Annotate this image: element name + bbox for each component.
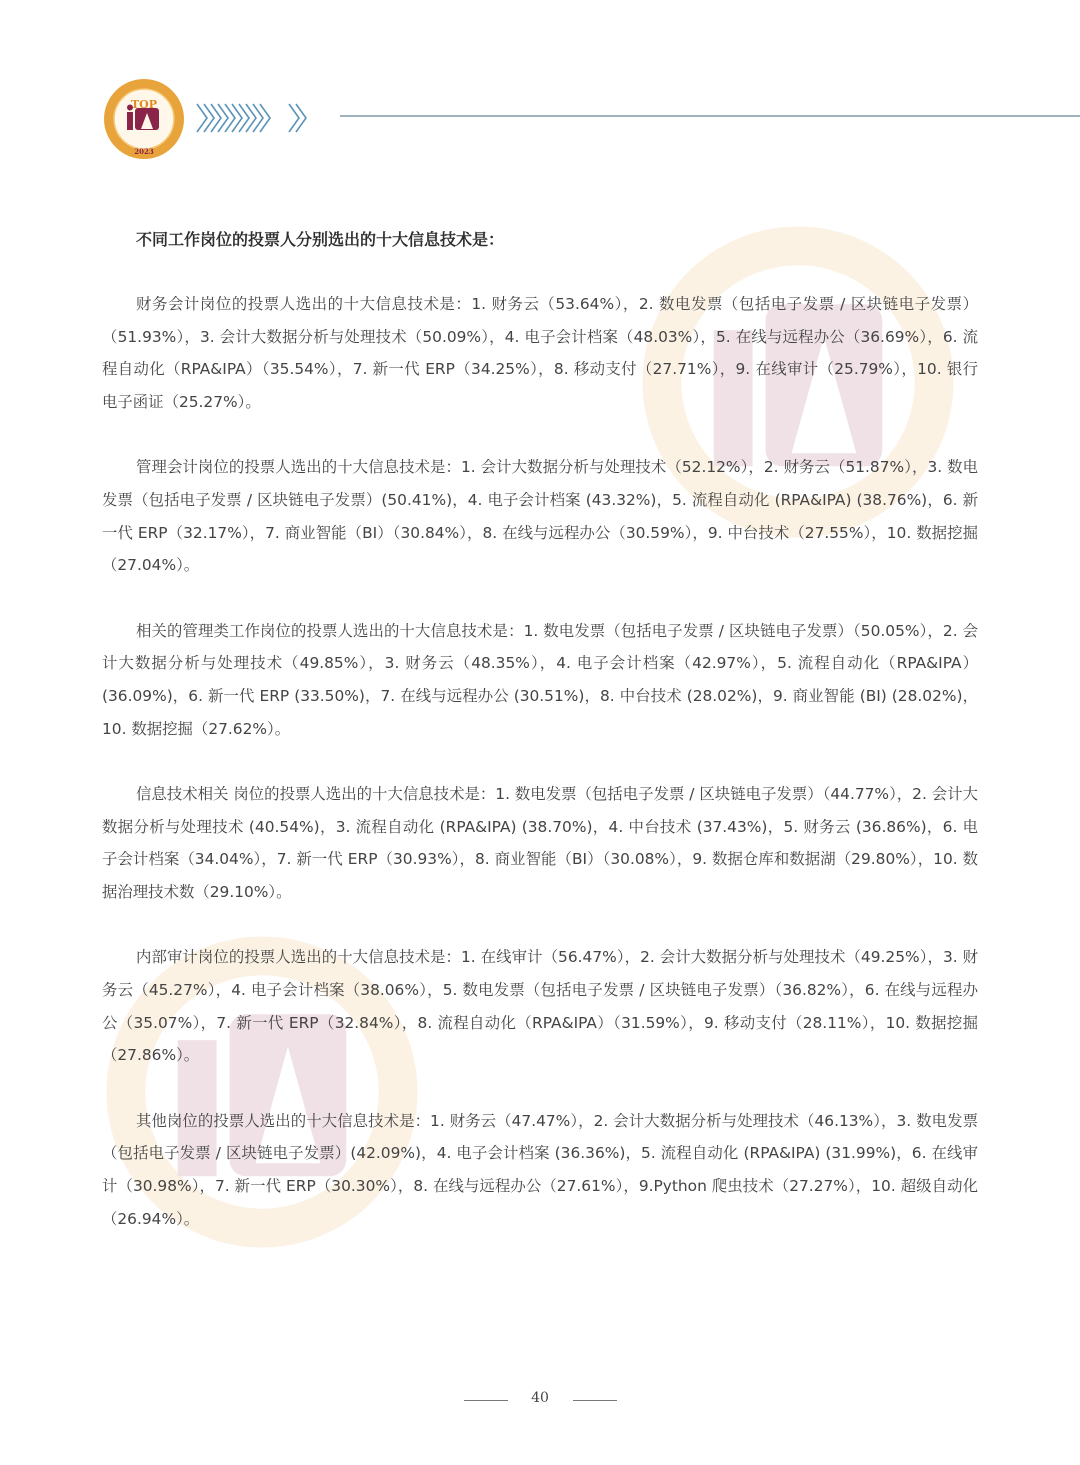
paragraph-financial-accounting: 财务会计岗位的投票人选出的十大信息技术是：1. 财务云（53.64%），2. 数…: [102, 288, 978, 419]
paragraph-other-roles: 其他岗位的投票人选出的十大信息技术是：1. 财务云（47.47%），2. 会计大…: [102, 1105, 978, 1236]
page-header: TOP 2023: [0, 0, 1080, 170]
svg-text:2023: 2023: [134, 147, 154, 156]
footer-rule-right: [573, 1400, 617, 1401]
paragraph-related-management: 相关的管理类工作岗位的投票人选出的十大信息技术是：1. 数电发票（包括电子发票 …: [102, 615, 978, 746]
paragraph-management-accounting: 管理会计岗位的投票人选出的十大信息技术是：1. 会计大数据分析与处理技术（52.…: [102, 451, 978, 582]
paragraph-it-related: 信息技术相关 岗位的投票人选出的十大信息技术是：1. 数电发票（包括电子发票 /…: [102, 778, 978, 909]
footer-rule-left: [464, 1400, 508, 1401]
section-heading: 不同工作岗位的投票人分别选出的十大信息技术是：: [136, 224, 978, 256]
paragraph-internal-audit: 内部审计岗位的投票人选出的十大信息技术是：1. 在线审计（56.47%），2. …: [102, 941, 978, 1072]
page-footer: 40: [0, 1388, 1080, 1412]
chevron-arrows-icon: [195, 100, 310, 136]
top-ia-2023-logo-icon: TOP 2023: [103, 78, 185, 160]
page-number: 40: [520, 1390, 560, 1406]
document-body: 不同工作岗位的投票人分别选出的十大信息技术是： 财务会计岗位的投票人选出的十大信…: [102, 224, 978, 1268]
header-rule: [340, 115, 1080, 117]
